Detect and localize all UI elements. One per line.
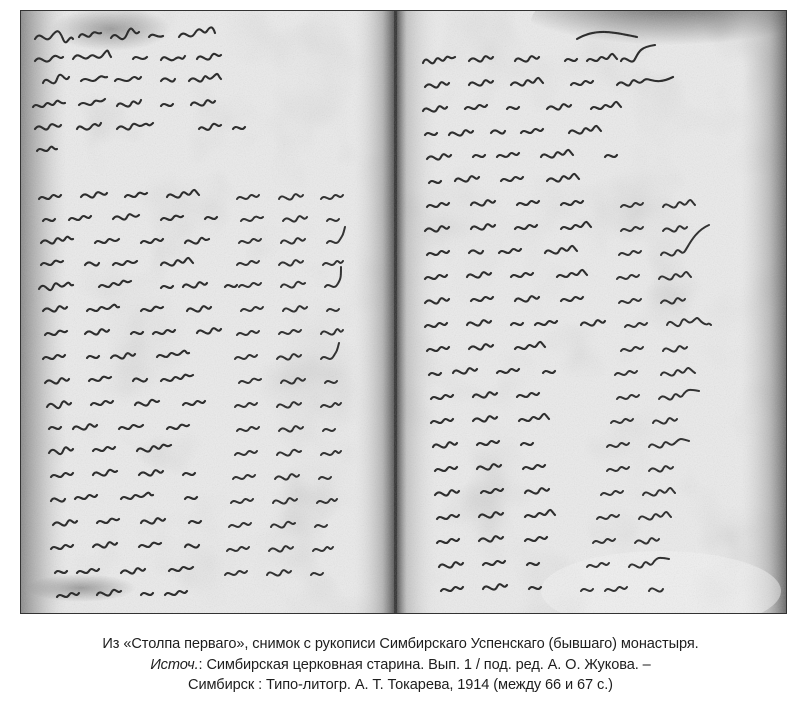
manuscript-photo: [20, 10, 787, 614]
figure-caption: Из «Столпа перваго», снимок с рукописи С…: [0, 634, 801, 696]
caption-source-label: Источ.: [150, 657, 198, 673]
caption-source-text: : Симбирская церковная старина. Вып. 1 /…: [199, 657, 651, 673]
manuscript-image: [21, 11, 787, 614]
caption-line-2: Источ.: Симбирская церковная старина. Вы…: [0, 655, 801, 676]
caption-line-3: Симбирск : Типо-литогр. А. Т. Токарева, …: [0, 675, 801, 696]
caption-line-1: Из «Столпа перваго», снимок с рукописи С…: [0, 634, 801, 655]
